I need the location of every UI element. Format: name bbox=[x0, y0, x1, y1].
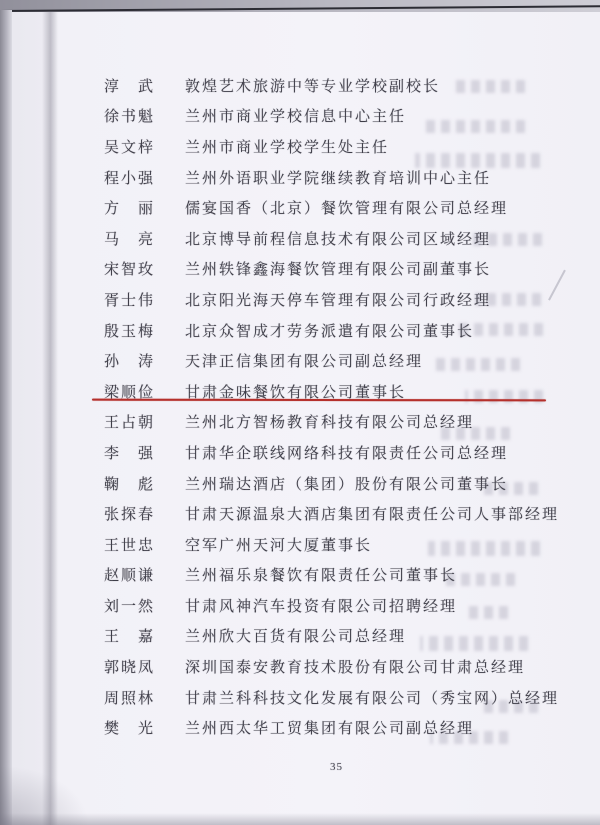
person-title: 兰州欣大百货有限公司总经理 bbox=[185, 625, 406, 646]
person-name: 王占朝 bbox=[104, 411, 185, 432]
person-title: 兰州外语职业学院继续教育培训中心主任 bbox=[185, 167, 491, 188]
list-item: 李 强甘肃华企联线网络科技有限责任公司总经理 bbox=[0, 437, 600, 468]
person-title: 甘肃兰科科技文化发展有限公司（秀宝网）总经理 bbox=[185, 687, 559, 708]
scan-corner-shade bbox=[0, 765, 90, 825]
person-title: 兰州西太华工贸集团有限公司副总经理 bbox=[185, 717, 474, 738]
list-item: 樊 光兰州西太华工贸集团有限公司副总经理 bbox=[0, 712, 600, 743]
person-title: 深圳国泰安教育技术股份有限公司甘肃总经理 bbox=[185, 656, 525, 677]
person-title: 甘肃风神汽车投资有限公司招聘经理 bbox=[185, 595, 457, 616]
list-item: 殷玉梅北京众智成才劳务派遣有限公司董事长 bbox=[0, 315, 600, 346]
list-item: 王世忠空军广州天河大厦董事长 bbox=[0, 529, 600, 560]
person-title: 北京众智成才劳务派遣有限公司董事长 bbox=[185, 320, 474, 341]
name-title-list: 淳 武敦煌艺术旅游中等专业学校副校长徐书魁兰州市商业学校信息中心主任吴文梓兰州市… bbox=[0, 70, 600, 743]
person-title: 兰州福乐泉餐饮有限责任公司董事长 bbox=[185, 564, 457, 585]
list-item: 宋智玫兰州轶锋鑫海餐饮管理有限公司副董事长 bbox=[0, 254, 600, 285]
person-name: 胥士伟 bbox=[104, 289, 185, 310]
person-title: 甘肃天源温泉大酒店集团有限责任公司人事部经理 bbox=[185, 503, 559, 524]
person-title: 兰州瑞达酒店（集团）股份有限公司董事长 bbox=[185, 473, 508, 494]
person-title: 儒宴国香（北京）餐饮管理有限公司总经理 bbox=[185, 197, 508, 218]
person-name: 殷玉梅 bbox=[104, 320, 185, 341]
list-item: 方 丽儒宴国香（北京）餐饮管理有限公司总经理 bbox=[0, 192, 600, 223]
list-item: 梁顺俭甘肃金味餐饮有限公司董事长 bbox=[0, 376, 600, 407]
list-item: 程小强兰州外语职业学院继续教育培训中心主任 bbox=[0, 162, 600, 193]
scan-bottom-shade bbox=[0, 813, 600, 825]
list-item: 吴文梓兰州市商业学校学生处主任 bbox=[0, 131, 600, 162]
person-name: 王世忠 bbox=[104, 534, 185, 555]
person-name: 方 丽 bbox=[104, 197, 185, 218]
person-name: 马 亮 bbox=[104, 228, 185, 249]
person-name: 李 强 bbox=[104, 442, 185, 463]
person-name: 孙 涛 bbox=[104, 350, 185, 371]
list-item: 王占朝兰州北方智杨教育科技有限公司总经理 bbox=[0, 407, 600, 438]
person-name: 周照林 bbox=[104, 687, 185, 708]
page-number: 35 bbox=[330, 761, 343, 773]
scanned-page: 淳 武敦煌艺术旅游中等专业学校副校长徐书魁兰州市商业学校信息中心主任吴文梓兰州市… bbox=[0, 0, 600, 825]
person-name: 张探春 bbox=[104, 503, 185, 524]
person-name: 吴文梓 bbox=[104, 136, 185, 157]
person-title: 敦煌艺术旅游中等专业学校副校长 bbox=[185, 75, 440, 96]
list-item: 郭晓凤深圳国泰安教育技术股份有限公司甘肃总经理 bbox=[0, 651, 600, 682]
person-name: 淳 武 bbox=[104, 75, 185, 96]
person-title: 甘肃华企联线网络科技有限责任公司总经理 bbox=[185, 442, 508, 463]
list-item: 张探春甘肃天源温泉大酒店集团有限责任公司人事部经理 bbox=[0, 498, 600, 529]
list-item: 胥士伟北京阳光海天停车管理有限公司行政经理 bbox=[0, 284, 600, 315]
person-name: 宋智玫 bbox=[104, 258, 185, 279]
list-item: 孙 涛天津正信集团有限公司副总经理 bbox=[0, 345, 600, 376]
person-name: 徐书魁 bbox=[104, 105, 185, 126]
person-title: 兰州北方智杨教育科技有限公司总经理 bbox=[185, 411, 474, 432]
person-name: 鞠 彪 bbox=[104, 473, 185, 494]
list-item: 徐书魁兰州市商业学校信息中心主任 bbox=[0, 101, 600, 132]
person-name: 赵顺谦 bbox=[104, 564, 185, 585]
person-title: 天津正信集团有限公司副总经理 bbox=[185, 350, 423, 371]
person-name: 刘一然 bbox=[104, 595, 185, 616]
person-title: 兰州轶锋鑫海餐饮管理有限公司副董事长 bbox=[185, 258, 491, 279]
list-item: 刘一然甘肃风神汽车投资有限公司招聘经理 bbox=[0, 590, 600, 621]
person-title: 兰州市商业学校信息中心主任 bbox=[185, 105, 406, 126]
person-name: 樊 光 bbox=[104, 717, 185, 738]
person-title: 空军广州天河大厦董事长 bbox=[185, 534, 372, 555]
person-name: 程小强 bbox=[104, 167, 185, 188]
person-title: 北京博导前程信息技术有限公司区域经理 bbox=[185, 228, 491, 249]
list-item: 周照林甘肃兰科科技文化发展有限公司（秀宝网）总经理 bbox=[0, 682, 600, 713]
person-title: 兰州市商业学校学生处主任 bbox=[185, 136, 389, 157]
list-item: 王 嘉兰州欣大百货有限公司总经理 bbox=[0, 621, 600, 652]
list-item: 马 亮北京博导前程信息技术有限公司区域经理 bbox=[0, 223, 600, 254]
person-name: 王 嘉 bbox=[104, 625, 185, 646]
list-item: 赵顺谦兰州福乐泉餐饮有限责任公司董事长 bbox=[0, 560, 600, 591]
list-item: 淳 武敦煌艺术旅游中等专业学校副校长 bbox=[0, 70, 600, 101]
person-name: 郭晓凤 bbox=[104, 656, 185, 677]
person-title: 北京阳光海天停车管理有限公司行政经理 bbox=[185, 289, 491, 310]
list-item: 鞠 彪兰州瑞达酒店（集团）股份有限公司董事长 bbox=[0, 468, 600, 499]
